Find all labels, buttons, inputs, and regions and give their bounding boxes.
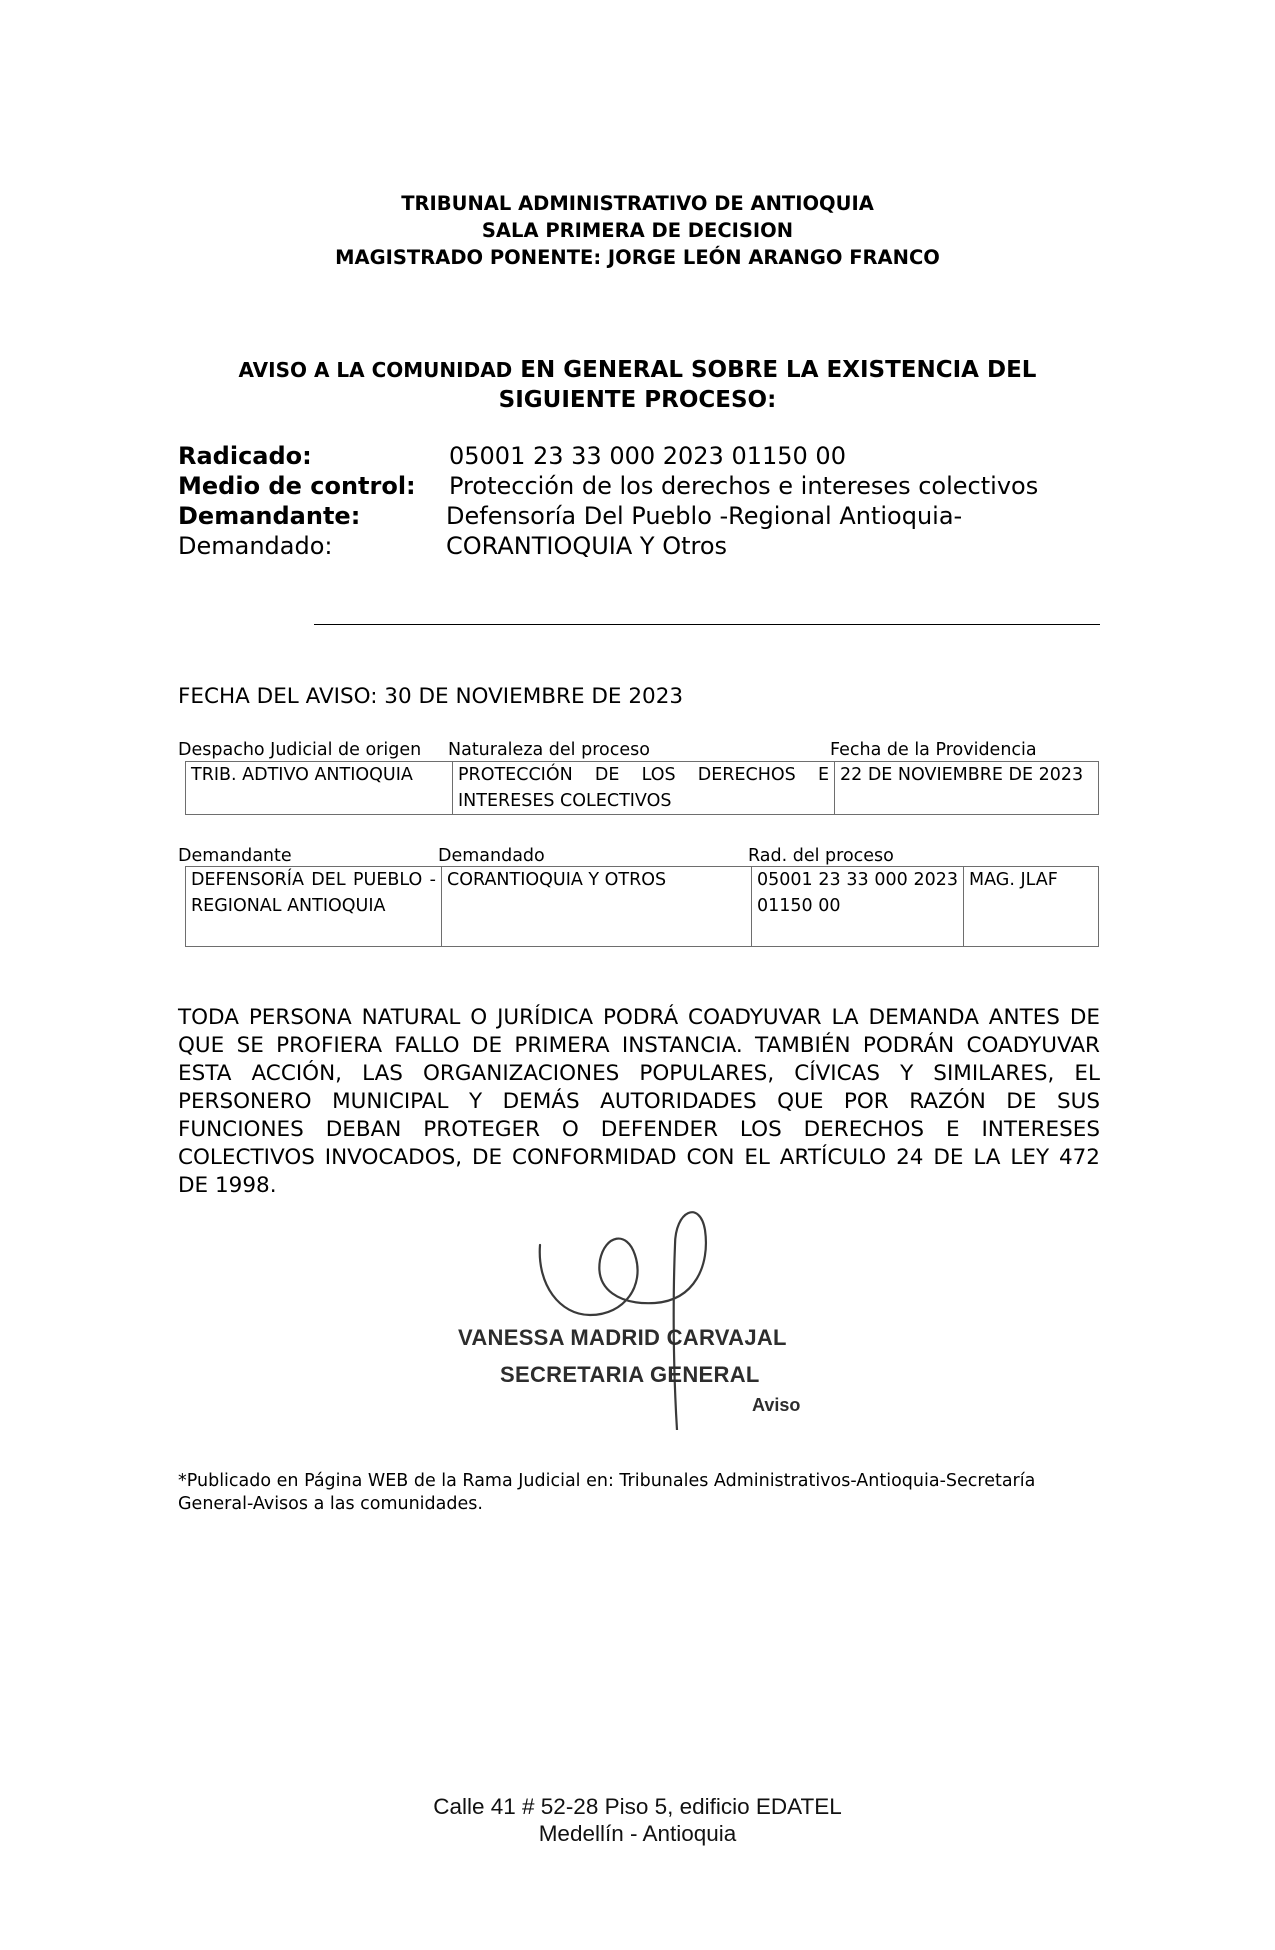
notice-date: FECHA DEL AVISO: 30 DE NOVIEMBRE DE 2023 — [178, 683, 683, 711]
court-header: TRIBUNAL ADMINISTRATIVO DE ANTIOQUIA SAL… — [0, 190, 1275, 271]
case-fields: Radicado: 05001 23 33 000 2023 01150 00 … — [178, 441, 1038, 561]
chamber-name: SALA PRIMERA DE DECISION — [0, 217, 1275, 244]
table1-header-naturaleza: Naturaleza del proceso — [448, 739, 650, 761]
notice-title-part2: EN GENERAL SOBRE LA EXISTENCIA DEL — [512, 357, 1036, 383]
field-value: Protección de los derechos e intereses c… — [449, 471, 1038, 501]
table2-header-demandado: Demandado — [438, 845, 545, 867]
table-row: TRIB. ADTIVO ANTIOQUIA PROTECCIÓN DE LOS… — [186, 762, 1099, 815]
signer-role: SECRETARIA GENERAL — [500, 1362, 760, 1388]
field-label: Demandado: — [178, 531, 446, 561]
legal-paragraph: TODA PERSONA NATURAL O JURÍDICA PODRÁ CO… — [178, 1004, 1100, 1200]
cell-demandado: CORANTIOQUIA Y OTROS — [442, 867, 752, 947]
cell-despacho: TRIB. ADTIVO ANTIOQUIA — [186, 762, 453, 815]
field-value: 05001 23 33 000 2023 01150 00 — [449, 441, 846, 471]
field-label: Radicado: — [178, 441, 446, 471]
notice-title: AVISO A LA COMUNIDAD EN GENERAL SOBRE LA… — [0, 355, 1275, 415]
signature-tag: Aviso — [752, 1395, 800, 1416]
notice-title-part1: AVISO A LA COMUNIDAD — [239, 358, 513, 382]
signer-name: VANESSA MADRID CARVAJAL — [458, 1325, 787, 1351]
table-row: DEFENSORÍA DEL PUEBLO -REGIONAL ANTIOQUI… — [186, 867, 1099, 947]
field-label: Medio de control: — [178, 471, 449, 501]
table2-header-demandante: Demandante — [178, 845, 292, 867]
footer-street: Calle 41 # 52-28 Piso 5, edificio EDATEL — [0, 1793, 1275, 1820]
magistrate-line: MAGISTRADO PONENTE: JORGE LEÓN ARANGO FR… — [0, 244, 1275, 271]
field-radicado: Radicado: 05001 23 33 000 2023 01150 00 — [178, 441, 1038, 471]
field-label: Demandante: — [178, 501, 446, 531]
notice-title-line2: SIGUIENTE PROCESO: — [0, 385, 1275, 415]
table-process-info: TRIB. ADTIVO ANTIOQUIA PROTECCIÓN DE LOS… — [185, 761, 1099, 815]
field-demandado: Demandado: CORANTIOQUIA Y Otros — [178, 531, 1038, 561]
cell-radicado: 05001 23 33 000 2023 01150 00 — [752, 867, 964, 947]
field-value: Defensoría Del Pueblo -Regional Antioqui… — [446, 501, 962, 531]
footer-city: Medellín - Antioquia — [0, 1820, 1275, 1847]
cell-fecha-providencia: 22 DE NOVIEMBRE DE 2023 — [835, 762, 1099, 815]
table1-header-despacho: Despacho Judicial de origen — [178, 739, 421, 761]
publication-note: *Publicado en Página WEB de la Rama Judi… — [178, 1470, 1108, 1516]
cell-demandante: DEFENSORÍA DEL PUEBLO -REGIONAL ANTIOQUI… — [186, 867, 442, 947]
table1-header-fecha: Fecha de la Providencia — [830, 739, 1037, 761]
cell-naturaleza: PROTECCIÓN DE LOS DERECHOS E INTERESES C… — [453, 762, 835, 815]
field-value: CORANTIOQUIA Y Otros — [446, 531, 727, 561]
footer-address: Calle 41 # 52-28 Piso 5, edificio EDATEL… — [0, 1793, 1275, 1847]
table2-header-radicado: Rad. del proceso — [748, 845, 894, 867]
court-name: TRIBUNAL ADMINISTRATIVO DE ANTIOQUIA — [0, 190, 1275, 217]
cell-magistrado: MAG. JLAF — [964, 867, 1099, 947]
divider-line — [314, 624, 1100, 625]
field-medio-control: Medio de control: Protección de los dere… — [178, 471, 1038, 501]
field-demandante: Demandante: Defensoría Del Pueblo -Regio… — [178, 501, 1038, 531]
table-parties: DEFENSORÍA DEL PUEBLO -REGIONAL ANTIOQUI… — [185, 866, 1099, 947]
